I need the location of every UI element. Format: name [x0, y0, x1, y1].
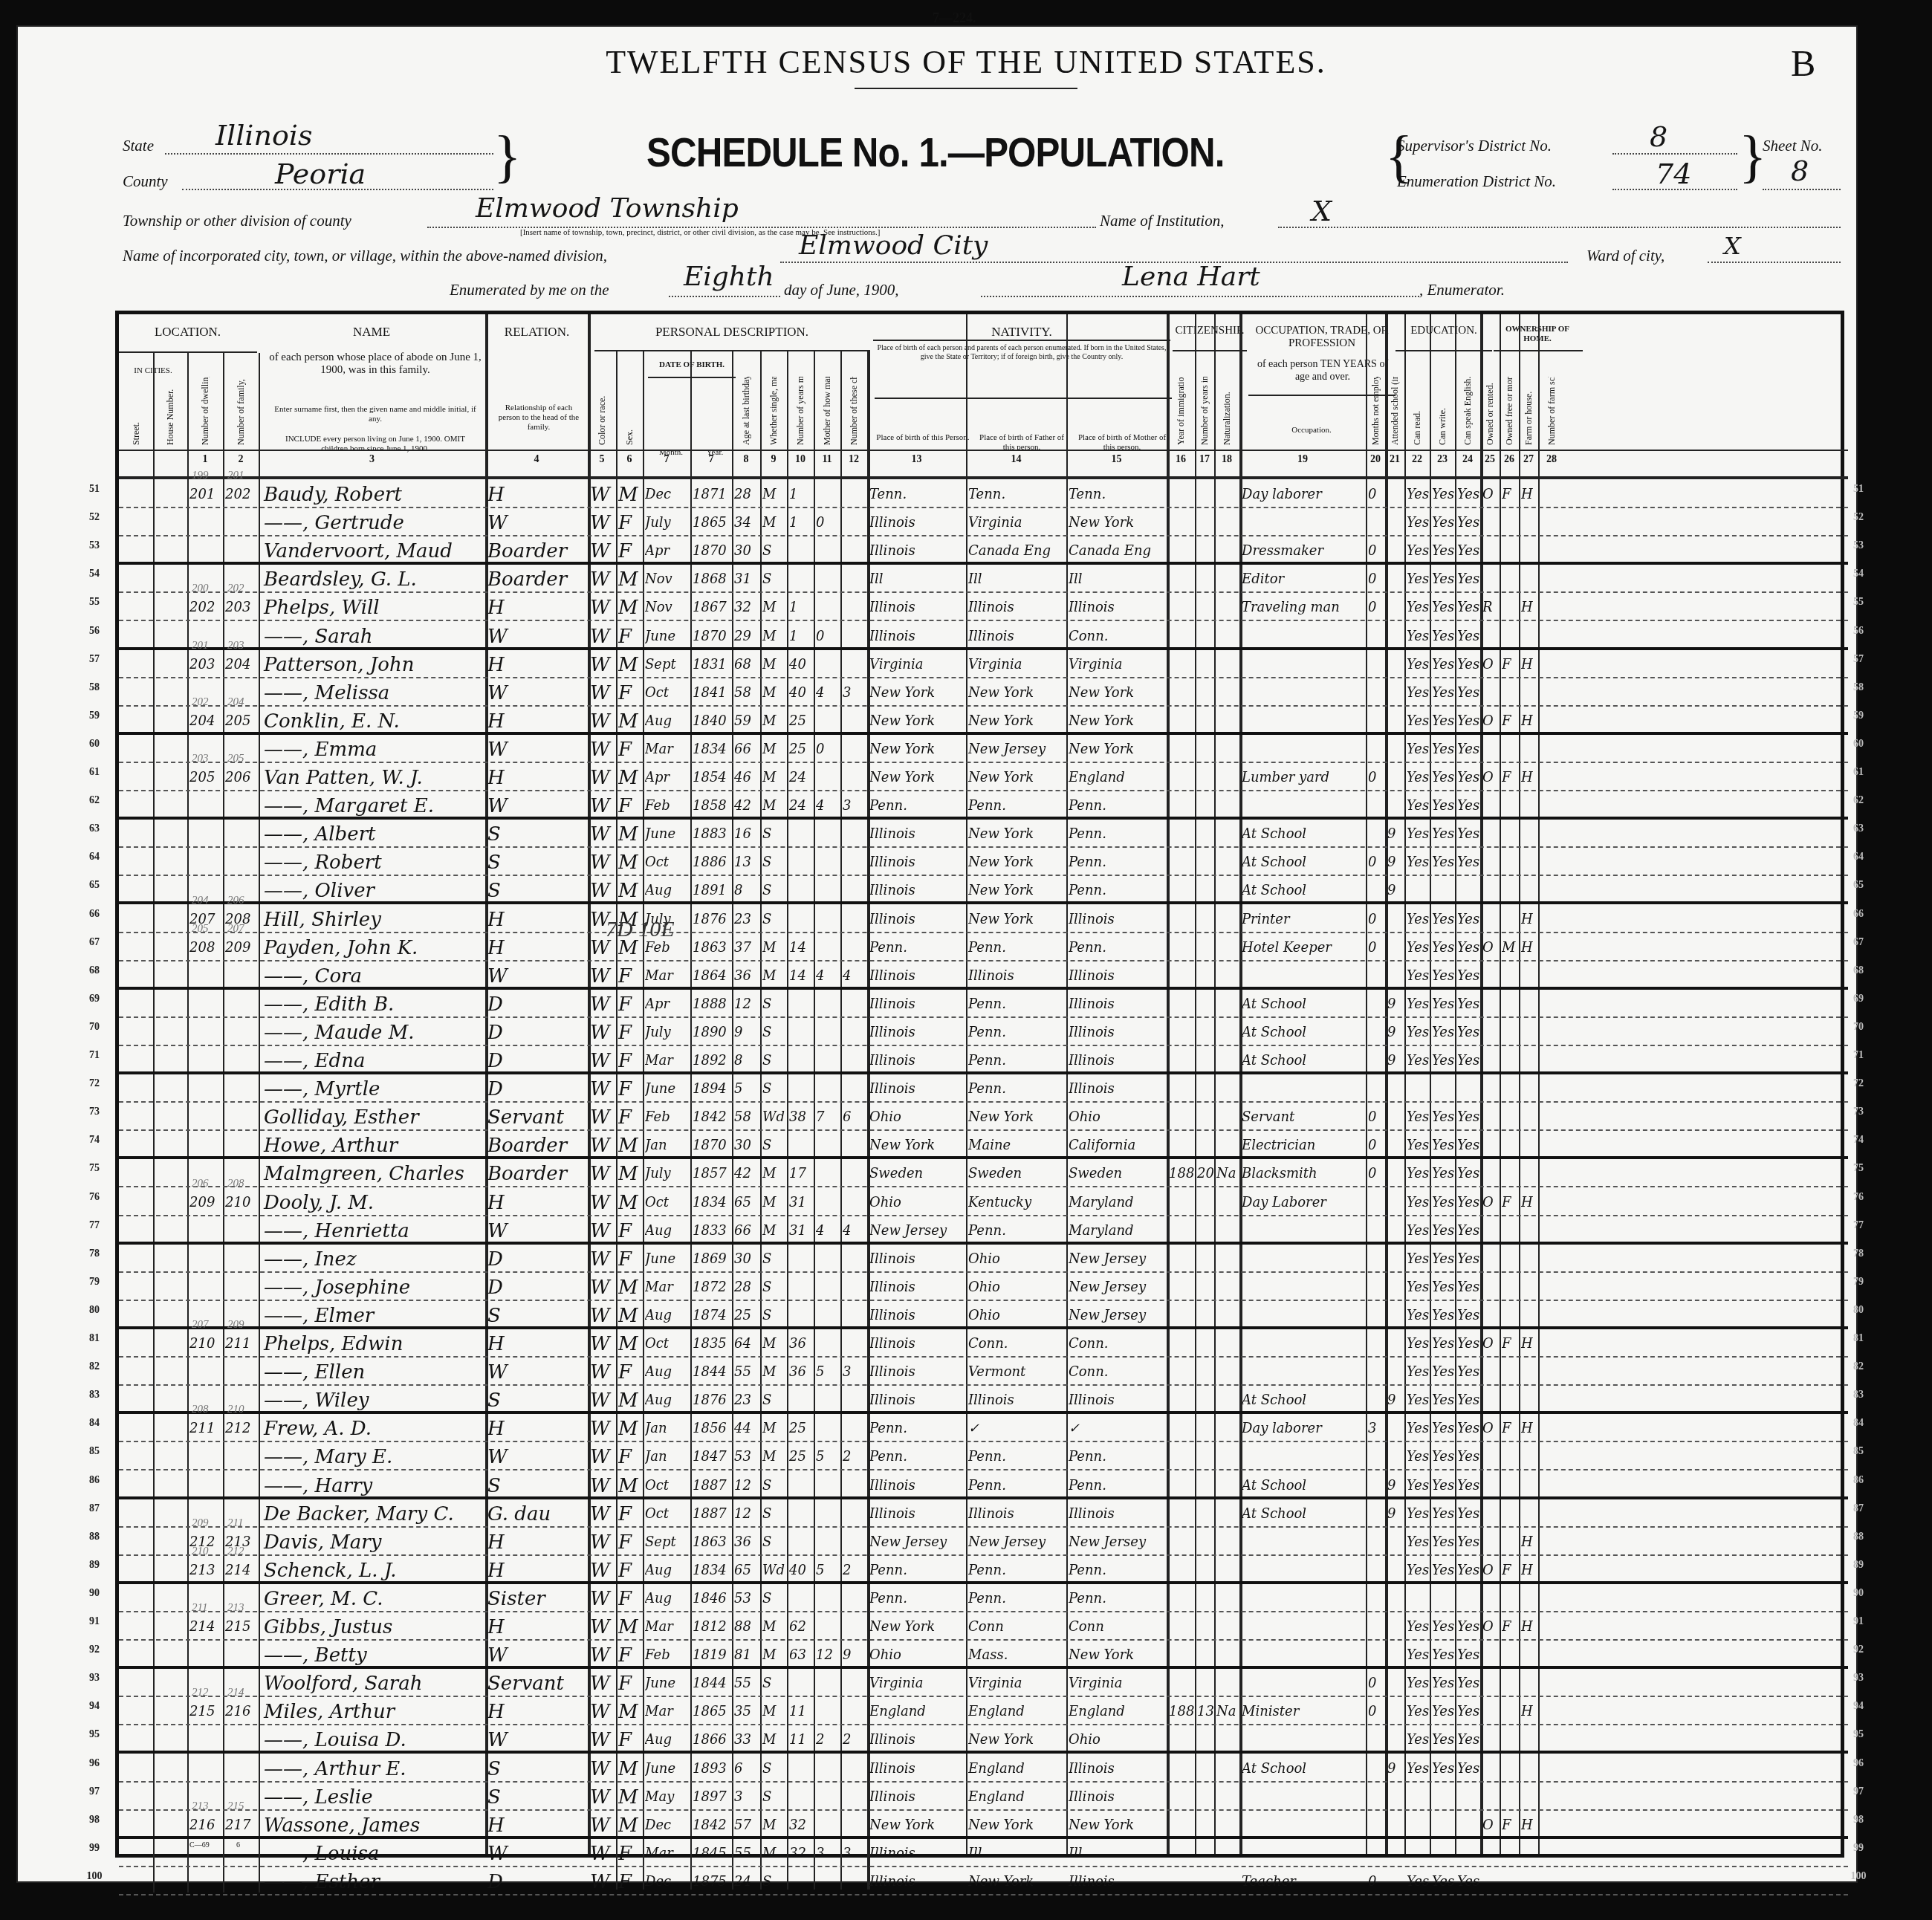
cell-year: 1847: [693, 1442, 731, 1470]
cell-can-speak: Yes: [1457, 735, 1479, 763]
header-rule: [119, 476, 1848, 479]
cell-dwelling: 211: [189, 1414, 222, 1442]
cell-years-married: 40: [789, 678, 813, 707]
cell-can-write: Yes: [1432, 622, 1454, 650]
cell-free-mortgaged: F: [1502, 1612, 1518, 1641]
cell-family: 204: [225, 650, 258, 678]
col-group-name: NAME: [260, 325, 483, 340]
pencil-annotation: 207: [227, 923, 244, 935]
cell-mother: New Jersey: [1069, 1273, 1166, 1301]
pencil-annotation: 204: [227, 696, 244, 709]
cell-can-write: Yes: [1432, 536, 1454, 565]
cell-birth: New Jersey: [869, 1216, 965, 1245]
ward-line: [1708, 262, 1841, 263]
cell-relation: S: [487, 1471, 587, 1499]
line-number: 87: [83, 1503, 106, 1515]
table-row: 203204Patterson, JohnHWMSept183168M40Vir…: [119, 650, 1848, 678]
margin-annotation: 7D 10E: [606, 917, 675, 942]
cell-attended-school: 9: [1387, 990, 1404, 1018]
cell-father: New York: [968, 820, 1066, 848]
cell-can-speak: Yes: [1457, 1414, 1479, 1442]
cell-free-mortgaged: F: [1502, 480, 1518, 508]
cell-can-read: Yes: [1407, 480, 1429, 508]
table-row: ——, WileySWMAug187623SIllinoisIllinoisIl…: [119, 1386, 1848, 1414]
cell-relation: G. dau: [487, 1499, 587, 1528]
cell-marital: Wd: [762, 1556, 786, 1584]
cell-age: 12: [734, 990, 759, 1018]
cell-age: 9: [734, 1018, 759, 1046]
cell-marital: S: [762, 820, 786, 848]
cell-father: England: [968, 1783, 1066, 1811]
cell-sex: M: [618, 1471, 642, 1499]
cell-relation: Servant: [487, 1669, 587, 1697]
pencil-annotation: 201: [227, 470, 244, 482]
cell-relation: W: [487, 678, 587, 707]
cell-marital: Wd: [762, 1103, 786, 1131]
pencil-annotation: 209: [192, 1517, 209, 1530]
cell-month: Aug: [645, 1358, 690, 1386]
cell-marital: M: [762, 622, 786, 650]
line-number: 90: [1847, 1588, 1870, 1600]
cell-can-write: Yes: [1432, 1754, 1454, 1783]
name-include-note: INCLUDE every person living on June 1, 1…: [271, 435, 479, 454]
line-number: 72: [1847, 1078, 1870, 1090]
cell-month: Jan: [645, 1414, 690, 1442]
column-number: 12: [840, 454, 867, 466]
cell-can-write: Yes: [1432, 565, 1454, 593]
cell-occupation: Day laborer: [1242, 1414, 1365, 1442]
cell-sex: F: [618, 1245, 642, 1273]
cell-month: Aug: [645, 876, 690, 904]
column-number: 27: [1519, 454, 1538, 466]
cell-can-write: Yes: [1432, 1414, 1454, 1442]
cell-relation: H: [487, 1414, 587, 1442]
cell-can-speak: Yes: [1457, 1018, 1479, 1046]
cell-marital: S: [762, 905, 786, 933]
cell-marital: M: [762, 650, 786, 678]
cell-can-speak: Yes: [1457, 1046, 1479, 1074]
cell-year: 1870: [693, 1131, 731, 1159]
table-row: 210211Phelps, EdwinHWMOct183564M36Illino…: [119, 1329, 1848, 1358]
line-number: 94: [83, 1701, 106, 1713]
column-number: 7: [690, 454, 732, 466]
pencil-annotation: 211: [192, 1602, 207, 1615]
line-number: 97: [83, 1786, 106, 1798]
cell-sex: M: [618, 848, 642, 876]
cell-owned-rented: O: [1482, 1188, 1499, 1216]
cell-name: ——, Josephine: [261, 1273, 487, 1301]
column-number: 6: [616, 454, 643, 466]
cell-sex: F: [618, 1442, 642, 1470]
line-number: 91: [1847, 1616, 1870, 1628]
cell-birth: Illinois: [869, 876, 965, 904]
line-number: 52: [1847, 512, 1870, 524]
cell-attended-school: [1387, 480, 1404, 508]
cell-can-read: Yes: [1407, 820, 1429, 848]
cell-sex: F: [618, 1046, 642, 1074]
cell-father: New York: [968, 1103, 1066, 1131]
cell-relation: D: [487, 990, 587, 1018]
cell-years-married: 1: [789, 622, 813, 650]
cell-family: 217: [225, 1811, 258, 1839]
cell-can-write: Yes: [1432, 1641, 1454, 1669]
table-row: Malmgreen, CharlesBoarderWMJuly185742M17…: [119, 1159, 1848, 1187]
cell-birth: New York: [869, 1612, 965, 1641]
cell-years-married: 32: [789, 1839, 813, 1867]
cell-father: Ohio: [968, 1245, 1066, 1273]
line-number: 76: [83, 1192, 106, 1204]
cell-relation: W: [487, 1216, 587, 1245]
cell-occupation: At School: [1242, 876, 1365, 904]
line-number: 73: [83, 1106, 106, 1118]
cell-sex: M: [618, 1612, 642, 1641]
cell-farm-house: H: [1521, 650, 1537, 678]
column-number: 2: [223, 454, 259, 466]
cell-year: 1834: [693, 735, 731, 763]
column-number: 5: [588, 454, 616, 466]
cell-can-read: Yes: [1407, 1754, 1429, 1783]
cell-name: ——, Betty: [261, 1641, 487, 1669]
vertical-header-dwelling: Number of dwelling-house, in the order o…: [200, 377, 211, 445]
cell-free-mortgaged: F: [1502, 1556, 1518, 1584]
cell-dwelling: 213: [189, 1556, 222, 1584]
institution-value: X: [1312, 195, 1332, 227]
cell-years-married: 25: [789, 707, 813, 735]
cell-attended-school: 9: [1387, 1754, 1404, 1783]
line-number: 93: [1847, 1673, 1870, 1684]
cell-mother: New Jersey: [1069, 1245, 1166, 1273]
cell-children-living: 4: [843, 1216, 866, 1245]
cell-can-write: Yes: [1432, 1386, 1454, 1414]
line-number: 100: [83, 1871, 106, 1883]
census-title: TWELFTH CENSUS OF THE UNITED STATES.: [0, 43, 1932, 81]
cell-marital: S: [762, 1584, 786, 1612]
cell-can-speak: Yes: [1457, 1301, 1479, 1329]
line-number: 77: [83, 1220, 106, 1232]
cell-relation: D: [487, 1018, 587, 1046]
cell-father: New York: [968, 707, 1066, 735]
table-row: ——, Arthur E.SWMJune18936SIllinoisEnglan…: [119, 1754, 1848, 1783]
cell-children-living: 2: [843, 1442, 866, 1470]
cell-mother: England: [1069, 1697, 1166, 1725]
vertical-header-owned-rented: Owned or rented.: [1485, 377, 1496, 445]
cell-name: Woolford, Sarah: [261, 1669, 487, 1697]
cell-birth: Illinois: [869, 1754, 965, 1783]
cell-color: W: [590, 1811, 615, 1839]
cell-father: Ohio: [968, 1301, 1066, 1329]
header-rule: [594, 350, 869, 351]
cell-can-read: Yes: [1407, 763, 1429, 791]
cell-age: 59: [734, 707, 759, 735]
cell-occupation: At School: [1242, 820, 1365, 848]
cell-month: June: [645, 1245, 690, 1273]
cell-father: Vermont: [968, 1358, 1066, 1386]
cell-year: 1876: [693, 1386, 731, 1414]
cell-attended-school: 9: [1387, 1499, 1404, 1528]
vertical-header-naturalization: Naturalization.: [1222, 377, 1233, 445]
cell-age: 55: [734, 1358, 759, 1386]
column-number: 7: [643, 454, 690, 466]
pencil-annotation: 203: [227, 640, 244, 652]
cell-color: W: [590, 1216, 615, 1245]
line-number: 91: [83, 1616, 106, 1628]
cell-color: W: [590, 1471, 615, 1499]
table-row: ——, LouisaWWFMar184555M3233IllinoisIllIl…: [119, 1839, 1848, 1867]
cell-farm-house: H: [1521, 1414, 1537, 1442]
enumerated-day-line: [669, 296, 780, 297]
header-rule: [1173, 350, 1247, 351]
cell-sex: M: [618, 1329, 642, 1358]
cell-mother: Sweden: [1069, 1159, 1166, 1187]
cell-relation: H: [487, 905, 587, 933]
cell-father: Penn.: [968, 1471, 1066, 1499]
cell-month: Apr: [645, 990, 690, 1018]
cell-month: June: [645, 1074, 690, 1103]
cell-relation: H: [487, 650, 587, 678]
ward-label: Ward of city,: [1586, 247, 1664, 265]
cell-owned-rented: O: [1482, 480, 1499, 508]
line-number: 70: [1847, 1022, 1870, 1034]
column-number: 8: [732, 454, 760, 466]
cell-name: ——, Ellen: [261, 1358, 487, 1386]
cell-marital: M: [762, 1725, 786, 1754]
cell-year: 1866: [693, 1725, 731, 1754]
cell-sex: M: [618, 1697, 642, 1725]
line-number: 96: [83, 1758, 106, 1770]
cell-years-married: 14: [789, 961, 813, 990]
cell-month: Aug: [645, 1556, 690, 1584]
cell-can-write: Yes: [1432, 1358, 1454, 1386]
cell-age: 30: [734, 1131, 759, 1159]
cell-can-speak: Yes: [1457, 1442, 1479, 1470]
cell-year: 1875: [693, 1867, 731, 1895]
cell-farm-house: H: [1521, 763, 1537, 791]
cell-name: ——, Albert: [261, 820, 487, 848]
vertical-header-can-speak: Can speak English.: [1462, 377, 1474, 445]
cell-mother: Conn.: [1069, 1329, 1166, 1358]
cell-color: W: [590, 990, 615, 1018]
cell-year: 1831: [693, 650, 731, 678]
cell-sex: F: [618, 1669, 642, 1697]
cell-birth: Illinois: [869, 536, 965, 565]
cell-years-married: 1: [789, 593, 813, 621]
cell-sex: F: [618, 1499, 642, 1528]
cell-relation: H: [487, 1528, 587, 1556]
title-divider: [855, 88, 1077, 89]
pencil-annotation: 213: [227, 1602, 244, 1615]
line-number: 54: [83, 568, 106, 580]
table-row: ——, Louisa D.WWFAug186633M1122IllinoisNe…: [119, 1725, 1848, 1754]
cell-sex: M: [618, 1414, 642, 1442]
cell-name: Miles, Arthur: [261, 1697, 487, 1725]
nativity-description: Place of birth of each person and parent…: [877, 344, 1167, 362]
cell-can-write: Yes: [1432, 593, 1454, 621]
cell-can-speak: Yes: [1457, 622, 1479, 650]
cell-year: 1893: [693, 1754, 731, 1783]
cell-relation: D: [487, 1245, 587, 1273]
cell-can-read: Yes: [1407, 1018, 1429, 1046]
cell-month: Sept: [645, 650, 690, 678]
cell-can-speak: Yes: [1457, 1499, 1479, 1528]
cell-birth: England: [869, 1697, 965, 1725]
vertical-header-months-unemployed: Months not employed.: [1370, 377, 1381, 445]
cell-mother-of: 4: [816, 1216, 840, 1245]
column-number: 26: [1500, 454, 1519, 466]
cell-age: 58: [734, 1103, 759, 1131]
cell-naturalization: [1216, 480, 1239, 508]
cell-can-read: Yes: [1407, 1414, 1429, 1442]
enumerated-prefix: Enumerated by me on the: [450, 281, 609, 299]
cell-occupation: Day Laborer: [1242, 1188, 1365, 1216]
cell-father: Penn.: [968, 1556, 1066, 1584]
cell-age: 13: [734, 848, 759, 876]
cell-months-unemployed: 0: [1368, 480, 1384, 508]
cell-father: Mass.: [968, 1641, 1066, 1669]
cell-birth: New York: [869, 735, 965, 763]
cell-name: Payden, John K.: [261, 933, 487, 961]
cell-year: 1834: [693, 1556, 731, 1584]
cell-age: 6: [734, 1754, 759, 1783]
cell-immigration: [1169, 480, 1194, 508]
cell-sex: F: [618, 1839, 642, 1867]
cell-name: ——, Inez: [261, 1245, 487, 1273]
line-number: 60: [83, 739, 106, 750]
cell-age: 34: [734, 508, 759, 536]
cell-age: 23: [734, 905, 759, 933]
vertical-header-marital: Whether single, married, widowed, or div…: [768, 377, 779, 445]
cell-mother: Illinois: [1069, 593, 1166, 621]
table-row: 213214Schenck, L. J.HWFAug183465Wd4052Pe…: [119, 1556, 1848, 1584]
cell-age: 12: [734, 1471, 759, 1499]
cell-name: Schenck, L. J.: [261, 1556, 487, 1584]
table-row: ——, EdnaDWFMar18928SIllinoisPenn.Illinoi…: [119, 1046, 1848, 1074]
cell-marital: M: [762, 1329, 786, 1358]
cell-can-read: Yes: [1407, 1188, 1429, 1216]
cell-mother: Ohio: [1069, 1725, 1166, 1754]
cell-birth: Penn.: [869, 933, 965, 961]
cell-age: 32: [734, 593, 759, 621]
cell-can-speak: Yes: [1457, 1725, 1479, 1754]
cell-occupation: Servant: [1242, 1103, 1365, 1131]
cell-name: Greer, M. C.: [261, 1584, 487, 1612]
sheet-line: [1763, 189, 1841, 190]
cell-children-living: 2: [843, 1725, 866, 1754]
cell-children-living: [843, 480, 866, 508]
cell-immigration: 1880: [1169, 1159, 1194, 1187]
cell-sex: F: [618, 1641, 642, 1669]
line-number: 92: [1847, 1644, 1870, 1656]
cell-color: W: [590, 1046, 615, 1074]
table-row: ——, ElmerSWMAug187425SIllinoisOhioNew Je…: [119, 1301, 1848, 1329]
cell-can-speak: Yes: [1457, 508, 1479, 536]
cell-name: Malmgreen, Charles: [261, 1159, 487, 1187]
cell-month: Sept: [645, 1528, 690, 1556]
form-number: 7—224.: [933, 10, 976, 26]
line-number: 84: [1847, 1418, 1870, 1430]
cell-father: Ill: [968, 1839, 1066, 1867]
cell-name: Frew, A. D.: [261, 1414, 487, 1442]
cell-month: Apr: [645, 763, 690, 791]
table-row: ——, Margaret E.WWFFeb185842M2443Penn.Pen…: [119, 791, 1848, 820]
cell-can-speak: Yes: [1457, 1245, 1479, 1273]
cell-age: 33: [734, 1725, 759, 1754]
vertical-header-years-married: Number of years married.: [795, 377, 806, 445]
cell-birth: Ohio: [869, 1103, 965, 1131]
cell-name: De Backer, Mary C.: [261, 1499, 487, 1528]
cell-occupation: Printer: [1242, 905, 1365, 933]
cell-month: June: [645, 1669, 690, 1697]
line-number: 85: [83, 1446, 106, 1458]
cell-relation: H: [487, 1697, 587, 1725]
cell-relation: H: [487, 1329, 587, 1358]
cell-can-read: Yes: [1407, 905, 1429, 933]
cell-marital: M: [762, 1414, 786, 1442]
cell-marital: M: [762, 1358, 786, 1386]
cell-father: Conn.: [968, 1329, 1066, 1358]
line-number: 63: [83, 823, 106, 835]
cell-can-speak: Yes: [1457, 707, 1479, 735]
cell-can-write: Yes: [1432, 791, 1454, 820]
cell-months-unemployed: 0: [1368, 1697, 1384, 1725]
line-number: 59: [83, 710, 106, 722]
cell-mother-of: 5: [816, 1358, 840, 1386]
line-number: 61: [83, 767, 106, 779]
cell-name: Howe, Arthur: [261, 1131, 487, 1159]
cell-can-read: Yes: [1407, 1329, 1429, 1358]
column-number: 25: [1480, 454, 1500, 466]
cell-mother: Canada Eng: [1069, 536, 1166, 565]
cell-mother-of: 7: [816, 1103, 840, 1131]
cell-can-read: Yes: [1407, 1301, 1429, 1329]
state-value: Illinois: [215, 119, 312, 152]
cell-can-speak: Yes: [1457, 1103, 1479, 1131]
cell-year: 1897: [693, 1783, 731, 1811]
cell-marital: S: [762, 536, 786, 565]
cell-occupation: Lumber yard: [1242, 763, 1365, 791]
cell-marital: M: [762, 961, 786, 990]
cell-age: 66: [734, 1216, 759, 1245]
county-value: Peoria: [275, 158, 366, 190]
cell-marital: M: [762, 735, 786, 763]
line-number: 55: [83, 597, 106, 609]
cell-father: New York: [968, 1867, 1066, 1895]
cell-mother: Ill: [1069, 1839, 1166, 1867]
cell-can-write: Yes: [1432, 1528, 1454, 1556]
cell-mother: Penn.: [1069, 1584, 1166, 1612]
cell-free-mortgaged: F: [1502, 707, 1518, 735]
pencil-annotation: 207: [192, 1319, 209, 1332]
cell-age: 35: [734, 1697, 759, 1725]
line-number: 51: [83, 484, 106, 496]
cell-sex: F: [618, 1216, 642, 1245]
cell-mother-of: 3: [816, 1839, 840, 1867]
cell-age: 28: [734, 480, 759, 508]
cell-birth: Penn.: [869, 1414, 965, 1442]
schedule-title: SCHEDULE No. 1.—POPULATION.: [646, 128, 1225, 176]
cell-can-write: Yes: [1432, 1046, 1454, 1074]
cell-can-write: Yes: [1432, 1131, 1454, 1159]
pencil-annotation: 205: [227, 753, 244, 765]
line-number: 98: [83, 1814, 106, 1826]
cell-relation: H: [487, 933, 587, 961]
header-rule: [119, 351, 257, 353]
line-number: 74: [1847, 1135, 1870, 1147]
cell-can-speak: Yes: [1457, 1556, 1479, 1584]
cell-color: W: [590, 1386, 615, 1414]
line-number: 79: [1847, 1277, 1870, 1288]
table-row: ——, MelissaWWFOct184158M4043New YorkNew …: [119, 678, 1848, 707]
cell-can-write: Yes: [1432, 1273, 1454, 1301]
